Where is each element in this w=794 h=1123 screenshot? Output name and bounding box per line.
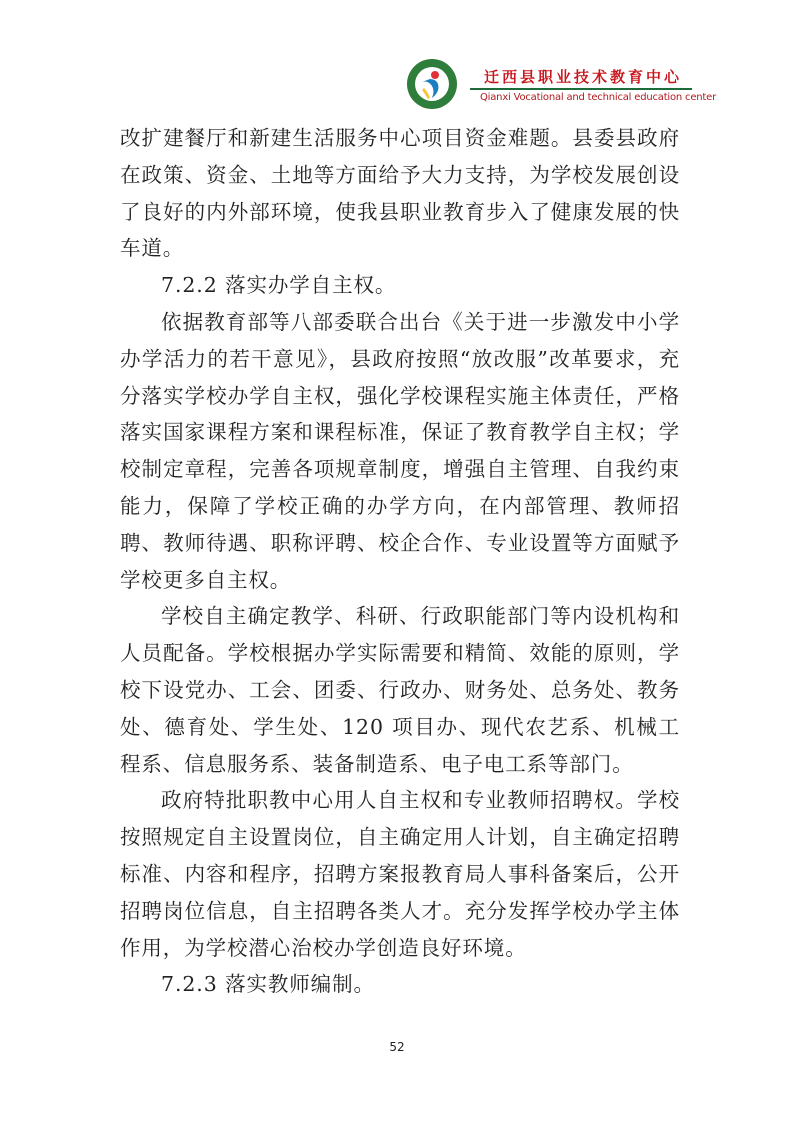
paragraph-hiring: 政府特批职教中心用人自主权和专业教师招聘权。学校按照规定自主设置岗位，自主确定用… bbox=[120, 782, 680, 966]
paragraph-departments: 学校自主确定教学、科研、行政职能部门等内设机构和人员配备。学校根据办学实际需要和… bbox=[120, 598, 680, 782]
header-title-cn: 迁西县职业技术教育中心 bbox=[484, 66, 682, 87]
paragraph-autonomy: 依据教育部等八部委联合出台《关于进一步激发中小学办学活力的若干意见》，县政府按照… bbox=[120, 304, 680, 598]
header-title-en: Qianxi Vocational and technical educatio… bbox=[480, 92, 716, 103]
page-header: 迁西县职业技术教育中心 Qianxi Vocational and techni… bbox=[404, 58, 694, 114]
header-divider bbox=[470, 88, 692, 90]
section-heading-7-2-2: 7.2.2 落实办学自主权。 bbox=[120, 267, 680, 304]
paragraph-continuation: 改扩建餐厅和新建生活服务中心项目资金难题。县委县政府在政策、资金、土地等方面给予… bbox=[120, 120, 680, 267]
school-emblem-icon bbox=[406, 58, 458, 110]
page-number: 52 bbox=[0, 1040, 794, 1054]
section-heading-7-2-3: 7.2.3 落实教师编制。 bbox=[120, 966, 680, 1003]
document-body: 改扩建餐厅和新建生活服务中心项目资金难题。县委县政府在政策、资金、土地等方面给予… bbox=[120, 120, 680, 1003]
